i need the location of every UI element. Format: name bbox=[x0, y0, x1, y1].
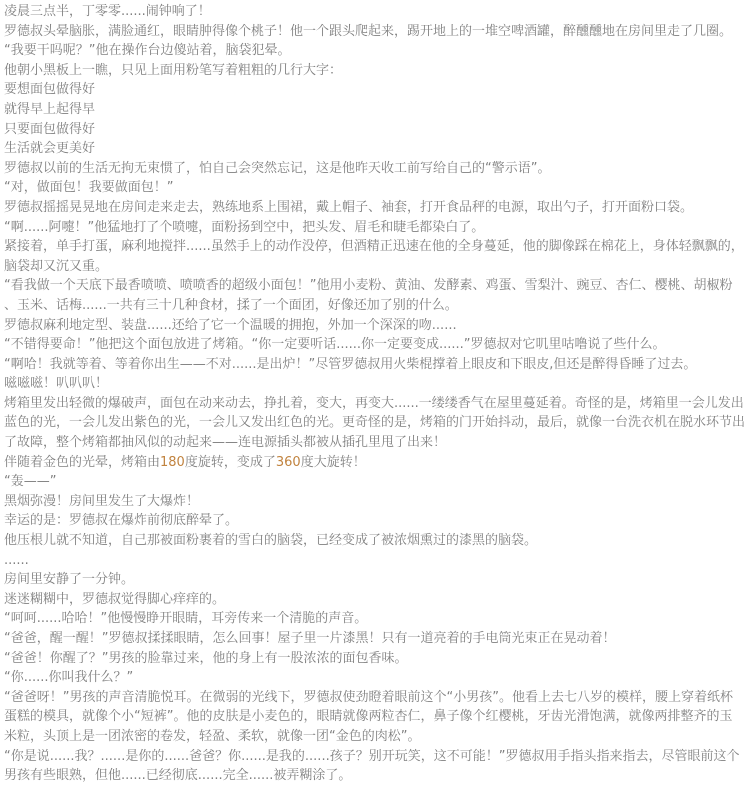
story-paragraph: “呵呵......哈哈！”他慢慢睁开眼睛，耳旁传来一个清脆的声音。 bbox=[4, 609, 745, 629]
story-paragraph: “爸爸！你醒了？”男孩的脸靠过来，他的身上有一股浓浓的面包香味。 bbox=[4, 649, 745, 669]
story-paragraph: 幸运的是：罗德叔在爆炸前彻底醉晕了。 bbox=[4, 511, 745, 531]
story-paragraph: ...... bbox=[4, 551, 745, 571]
story-paragraph: “你......你叫我什么？” bbox=[4, 668, 745, 688]
story-paragraph: “对，做面包！我要做面包！” bbox=[4, 178, 745, 198]
story-paragraph: 罗德叔摇摇晃晃地在房间走来走去，熟练地系上围裙，戴上帽子、袖套，打开食品秤的电源… bbox=[4, 198, 745, 218]
story-paragraph: 要想面包做得好 bbox=[4, 80, 745, 100]
story-paragraph: 罗德叔头晕脑胀，满脸通红，眼睛肿得像个桃子！他一个跟头爬起来，踢开地上的一堆空啤… bbox=[4, 22, 745, 42]
story-paragraph: “看我做一个天底下最香喷喷、喷喷香的超级小面包！”他用小麦粉、黄油、发酵素、鸡蛋… bbox=[4, 276, 745, 315]
story-paragraph: 他朝小黑板上一瞧，只见上面用粉笔写着粗粗的几行大字： bbox=[4, 61, 745, 81]
story-paragraph: 罗德叔麻利地定型、装盘......还给了它一个温暖的拥抱，外加一个深深的吻...… bbox=[4, 316, 745, 336]
story-paragraph: 就得早上起得早 bbox=[4, 100, 745, 120]
story-paragraph: 黑烟弥漫！房间里发生了大爆炸！ bbox=[4, 492, 745, 512]
highlighted-number: 180 bbox=[160, 455, 185, 470]
story-paragraph: 生活就会更美好 bbox=[4, 139, 745, 159]
story-paragraph: 嗞嗞嗞！叭叭叭！ bbox=[4, 374, 745, 394]
story-paragraph: “轰——” bbox=[4, 472, 745, 492]
story-paragraph: 凌晨三点半，丁零零......闹钟响了！ bbox=[4, 2, 745, 22]
highlighted-number: 360 bbox=[276, 455, 301, 470]
story-paragraph: 房间里安静了一分钟。 bbox=[4, 570, 745, 590]
story-paragraph: “爸爸呀！”男孩的声音清脆悦耳。在微弱的光线下，罗德叔使劲瞪着眼前这个“小男孩”… bbox=[4, 688, 745, 747]
story-paragraph: 他压根儿就不知道，自己那被面粉裹着的雪白的脑袋，已经变成了被浓烟熏过的漆黑的脑袋… bbox=[4, 531, 745, 551]
story-text-page: 凌晨三点半，丁零零......闹钟响了！罗德叔头晕脑胀，满脸通红，眼睛肿得像个桃… bbox=[0, 0, 749, 786]
story-paragraph: 伴随着金色的光晕，烤箱由180度旋转，变成了360度大旋转！ bbox=[4, 453, 745, 473]
story-paragraph: 紧接着，单手打蛋，麻利地搅拌......虽然手上的动作没停，但酒精正迅速在他的全… bbox=[4, 237, 745, 276]
story-paragraph: “不错得要命！”他把这个面包放进了烤箱。“你一定要听话......你一定要变成.… bbox=[4, 335, 745, 355]
story-paragraph: 迷迷糊糊中，罗德叔觉得脚心痒痒的。 bbox=[4, 590, 745, 610]
story-paragraph: 只要面包做得好 bbox=[4, 120, 745, 140]
story-paragraph: “爸爸，醒一醒！”罗德叔揉揉眼睛，怎么回事！屋子里一片漆黑！只有一道亮着的手电筒… bbox=[4, 629, 745, 649]
story-paragraph: “啊哈！我就等着、等着你出生——不对......是出炉！”尽管罗德叔用火柴棍撑着… bbox=[4, 355, 745, 375]
story-paragraph: 罗德叔以前的生活无拘无束惯了，怕自己会突然忘记，这是他昨天收工前写给自己的“警示… bbox=[4, 159, 745, 179]
story-paragraph: “啊......阿嚏！”他猛地打了个喷嚏，面粉扬到空中，把头发、眉毛和睫毛都染白… bbox=[4, 218, 745, 238]
story-paragraph: “你是说......我？......是你的......爸爸？你......是我的… bbox=[4, 747, 745, 786]
story-paragraph: 烤箱里发出轻微的爆破声，面包在动来动去，挣扎着，变大，再变大......一缕缕香… bbox=[4, 394, 745, 453]
story-paragraph: “我要干吗呢？”他在操作台边傻站着，脑袋犯晕。 bbox=[4, 41, 745, 61]
